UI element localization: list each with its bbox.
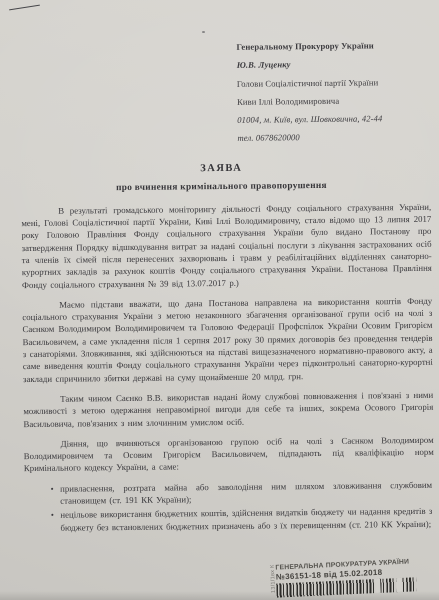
list-item: • привласнення, розтрата майна або завол… <box>44 478 434 507</box>
barcode-gap <box>374 579 381 593</box>
paragraph-qualification: Діяння, що вчиняються організованою груп… <box>24 434 434 475</box>
list-item-text: привласнення, розтрата майна або заволод… <box>60 478 434 507</box>
document-content: Генеральному Прокурору України Ю.В. Луце… <box>0 0 439 536</box>
document-title: ЗАЯВА <box>2 160 439 176</box>
registration-stamp: 13/1/1вх К ГЕНЕРАЛЬНА ПРОКУРАТУРА УКРАЇН… <box>275 557 434 597</box>
barcode-gap <box>396 578 403 592</box>
list-item-text: нецільове використання бюджетних коштів,… <box>60 505 434 534</box>
offense-list: • привласнення, розтрата майна або завол… <box>44 478 435 533</box>
applicant-phone: тел. 0678620000 <box>237 127 439 147</box>
applicant-role: Голови Соціалістичної партії України <box>237 72 439 92</box>
recipient-title: Генеральному Прокурору України <box>236 36 439 56</box>
document-subtitle: про вчинення кримінального правопорушенн… <box>2 179 439 194</box>
document-body: В результаті громадського моніторингу ді… <box>21 201 434 534</box>
recipient-name: Ю.В. Луценку <box>237 54 439 74</box>
bullet-marker: • <box>44 482 60 507</box>
paragraph-intro: В результаті громадського моніторингу ді… <box>21 201 432 291</box>
applicant-address: 01004, м. Київ, вул. Шовковична, 42-44 <box>237 109 439 129</box>
recipient-block: Генеральному Прокурору України Ю.В. Луце… <box>236 36 439 148</box>
bullet-marker: • <box>44 509 60 534</box>
document-photo: Генеральному Прокурору України Ю.В. Луце… <box>0 0 439 600</box>
paragraph-conclusion: Таким чином Саєнко В.В. використав надан… <box>23 389 433 430</box>
applicant-name: Киви Іллі Володимировича <box>237 91 439 111</box>
paragraph-allegation: Маємо підстави вважати, що дана Постанов… <box>22 295 433 385</box>
list-item: • нецільове використання бюджетних кошті… <box>44 505 434 534</box>
